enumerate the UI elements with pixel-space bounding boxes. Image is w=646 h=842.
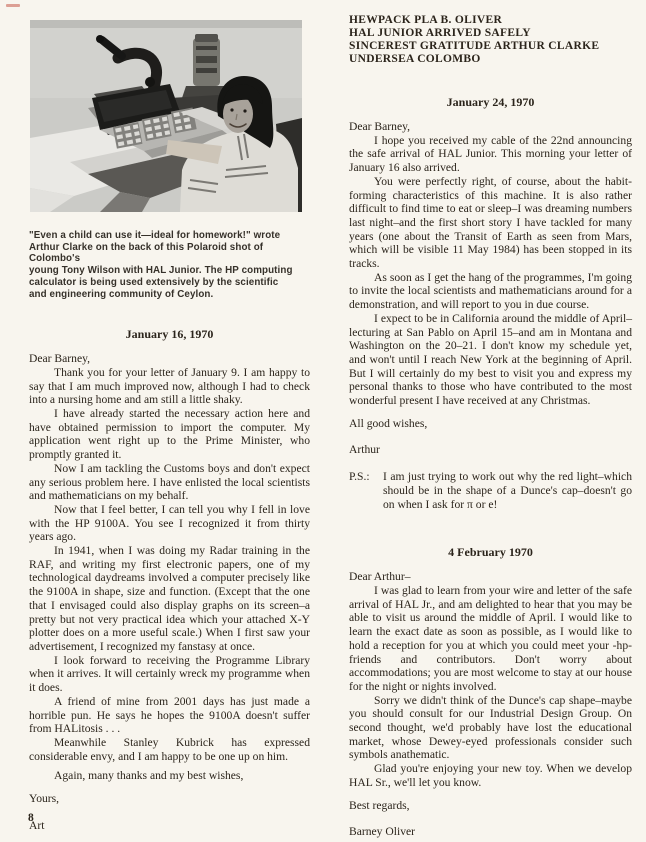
letter1-paragraph: Thank you for your letter of January 9. …	[29, 366, 310, 407]
letter2-paragraph: I expect to be in California around the …	[349, 312, 632, 408]
photo-boy-with-hal-junior	[30, 20, 302, 212]
letter1-date: January 16, 1970	[29, 327, 310, 342]
page-number: 8	[28, 812, 34, 824]
letter-january-16: January 16, 1970 Dear Barney, Thank you …	[29, 327, 310, 832]
letter2-signature: Arthur	[349, 443, 632, 457]
letter1-paragraph: In 1941, when I was doing my Radar train…	[29, 544, 310, 654]
photo-caption: "Even a child can use it—ideal for homew…	[29, 230, 310, 300]
letter1-signature: Art	[29, 819, 310, 833]
letter3-salutation: Dear Arthur–	[349, 570, 632, 584]
letter3-paragraph: I was glad to learn from your wire and l…	[349, 584, 632, 694]
letter1-paragraph: Again, many thanks and my best wishes,	[29, 769, 310, 783]
postscript-label: P.S.:	[349, 470, 383, 511]
letter3-paragraph: Sorry we didn't think of the Dunce's cap…	[349, 694, 632, 763]
letter2-date: January 24, 1970	[349, 95, 632, 110]
telegram-text: HEWPACK PLA B. OLIVER HAL JUNIOR ARRIVED…	[349, 14, 632, 66]
letter2-paragraph: You were perfectly right, of course, abo…	[349, 175, 632, 271]
letter3-paragraph: Glad you're enjoying your new toy. When …	[349, 762, 632, 789]
letter1-paragraph: Meanwhile Stanley Kubrick has expressed …	[29, 736, 310, 763]
letter2-postscript: P.S.: I am just trying to work out why t…	[349, 470, 632, 511]
letter1-paragraph: A friend of mine from 2001 days has just…	[29, 695, 310, 736]
right-column: HEWPACK PLA B. OLIVER HAL JUNIOR ARRIVED…	[349, 14, 632, 839]
letter2-salutation: Dear Barney,	[349, 120, 632, 134]
letter-february-4: 4 February 1970 Dear Arthur– I was glad …	[349, 545, 632, 839]
letter1-paragraph: Now that I feel better, I can tell you w…	[29, 503, 310, 544]
letter3-date: 4 February 1970	[349, 545, 632, 560]
print-artifact-mark	[6, 4, 20, 7]
letter2-closing: All good wishes,	[349, 417, 632, 431]
letter1-paragraph: I have already started the necessary act…	[29, 407, 310, 462]
letter2-paragraph: As soon as I get the hang of the program…	[349, 271, 632, 312]
letter2-paragraph: I hope you received my cable of the 22nd…	[349, 134, 632, 175]
letter1-salutation: Dear Barney,	[29, 352, 310, 366]
letter1-paragraph: I look forward to receiving the Programm…	[29, 654, 310, 695]
letter3-closing: Best regards,	[349, 799, 632, 813]
letter3-signature: Barney Oliver	[349, 825, 632, 839]
letter1-paragraph: Now I am tackling the Customs boys and d…	[29, 462, 310, 503]
letter-january-24: January 24, 1970 Dear Barney, I hope you…	[349, 95, 632, 511]
postscript-text: I am just trying to work out why the red…	[383, 470, 632, 511]
left-column: "Even a child can use it—ideal for homew…	[29, 20, 310, 832]
letter1-closing: Yours,	[29, 792, 310, 806]
